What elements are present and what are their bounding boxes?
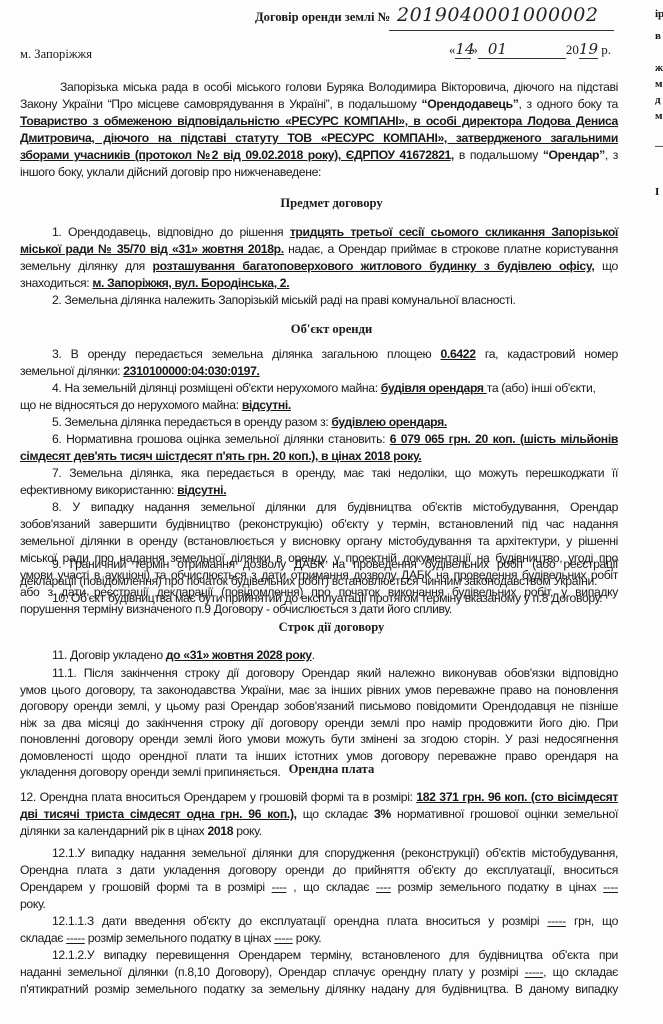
annual-rent: 182 371 грн. 96 коп. (сто вісімдесят xyxy=(416,790,618,804)
date-year: 19 xyxy=(579,40,598,59)
section-heading-rent: Орендна плата xyxy=(0,762,663,777)
contract-page: Договір оренди землі № 2019040001000002 … xyxy=(0,0,663,1024)
contract-end-date: до «31» жовтня 2028 року xyxy=(166,648,312,662)
contract-number-field: 2019040001000002 xyxy=(389,2,614,31)
contract-number-handwritten: 2019040001000002 xyxy=(397,4,598,26)
tenant-name: Товариство з обмеженою відповідальністю … xyxy=(20,113,618,131)
cadastral-number: 2310100000:04:030:0197. xyxy=(123,364,259,378)
section-heading-object: Об'єкт оренди xyxy=(0,322,663,337)
document-title: Договір оренди землі № xyxy=(255,10,390,25)
date-month: 01 xyxy=(478,40,566,59)
contract-date: «14»012019 р. xyxy=(449,40,611,59)
normative-valuation: 6 079 065 грн. 20 коп. (шість мільйонів xyxy=(390,432,618,446)
land-address: м. Запоріжжя, вул. Бородінська, 2. xyxy=(92,276,289,290)
section-heading-subject: Предмет договору xyxy=(0,196,663,211)
section-heading-term: Строк дії договору xyxy=(0,620,663,635)
city: м. Запоріжжя xyxy=(20,47,92,62)
tenant-registration: зборами учасників (протокол №2 від 09.02… xyxy=(20,148,454,162)
land-area: 0.6422 xyxy=(440,347,475,361)
rent-percent: 3% xyxy=(374,807,391,821)
date-day: 14 xyxy=(455,40,471,59)
